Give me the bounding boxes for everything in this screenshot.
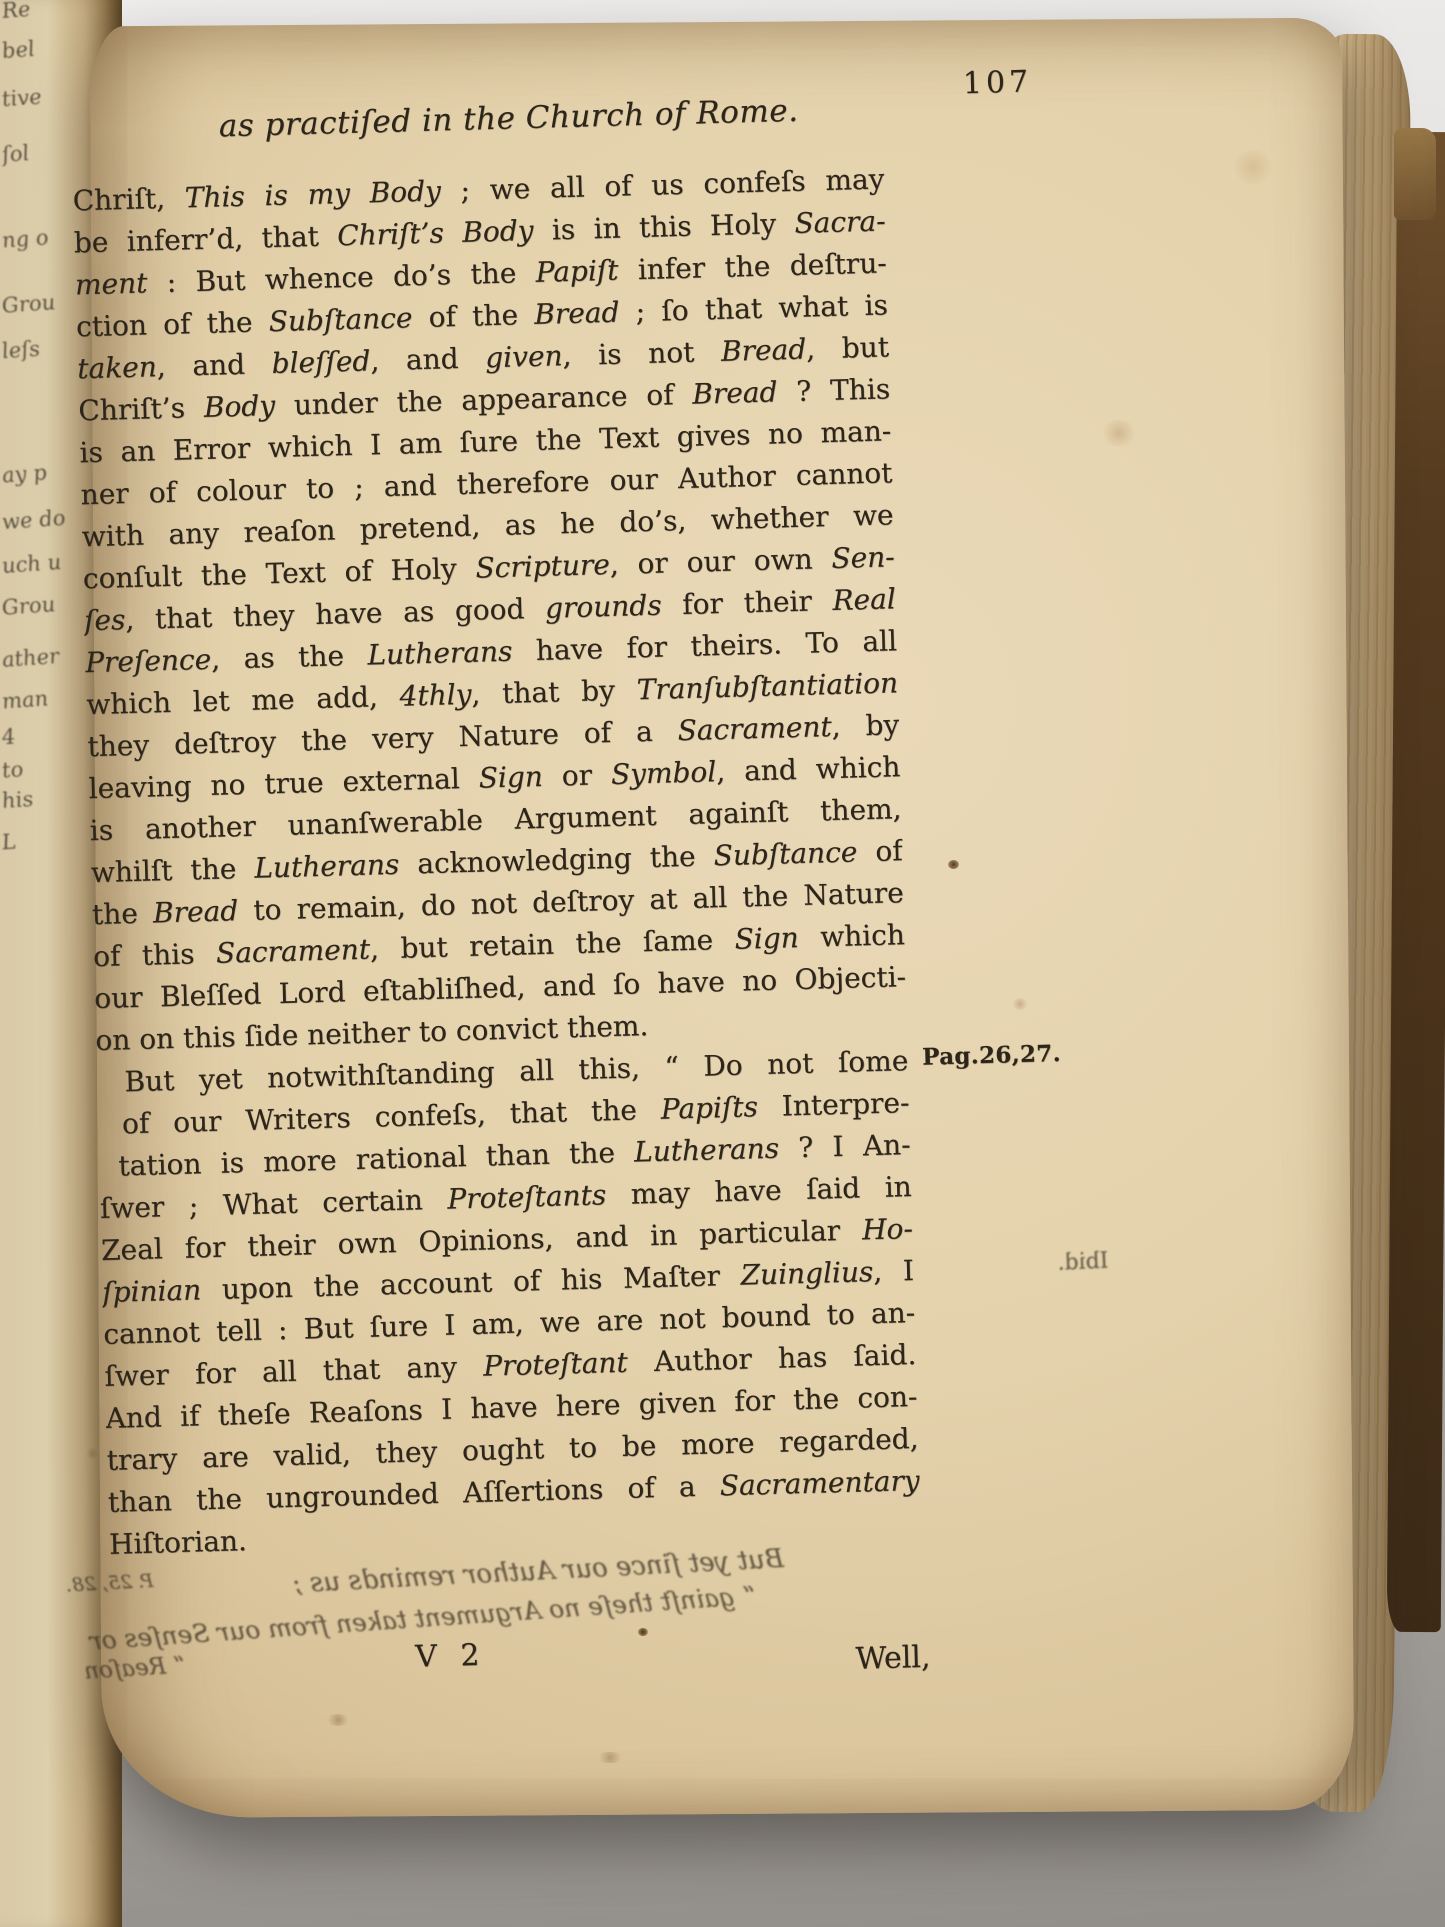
roman-text: , is not: [562, 335, 721, 372]
signature-mark: V 2: [415, 1638, 487, 1675]
roman-text: ſwer for all that any: [104, 1350, 484, 1393]
foxing-spot: [638, 1628, 648, 1636]
facing-page-text-fragment: ſol: [0, 141, 31, 167]
italic-text: Sen-: [831, 540, 895, 575]
roman-text: ; ſo that what is: [619, 288, 888, 328]
roman-text: ſwer ; What certain: [100, 1183, 448, 1225]
italic-text: Scripture: [475, 548, 610, 585]
roman-text: ? I An-: [779, 1128, 911, 1165]
roman-text: ction of the: [76, 305, 270, 343]
facing-page-text-fragment: man: [0, 687, 50, 714]
italic-text: Sacra-: [794, 204, 886, 239]
margin-note-bleedthrough: Ibid.: [1057, 1248, 1109, 1275]
italic-text: 4thly: [399, 678, 472, 713]
roman-text: Chriſt,: [72, 181, 185, 217]
book-cover-edge: [1387, 132, 1445, 1632]
italic-text: ment: [75, 266, 148, 301]
italic-text: Symbol: [611, 755, 717, 791]
roman-text: of this: [93, 937, 217, 973]
roman-text: , or our own: [609, 542, 831, 581]
italic-text: Tranſubſtantiation: [636, 666, 898, 706]
italic-text: taken: [77, 350, 157, 385]
italic-text: Proteſtant: [483, 1346, 628, 1383]
italic-text: Sacramentary: [719, 1464, 920, 1502]
italic-text: Preſence: [85, 643, 212, 679]
roman-text: which: [798, 918, 905, 954]
italic-text: Sign: [478, 760, 543, 795]
body-text: Chriſt, This is my Body ; we all of us c…: [72, 158, 921, 1565]
roman-text: , and: [370, 341, 486, 377]
italic-text: Subſtance: [268, 301, 413, 338]
facing-page-text-fragment: leſs: [0, 337, 42, 363]
roman-text: , that they have as good: [125, 592, 546, 636]
italic-text: Papiſt: [535, 254, 619, 289]
roman-text: , but retain the ſame: [370, 923, 735, 966]
roman-text: , but: [806, 330, 890, 365]
roman-text: ? This: [777, 372, 891, 408]
page-number: 107: [962, 64, 1032, 101]
roman-text: conſult the Text of Holy: [82, 552, 475, 596]
italic-text: Chriſt’s Body: [337, 214, 534, 252]
roman-text: may have ſaid in: [606, 1170, 912, 1211]
roman-text: have for theirs. To all: [512, 624, 897, 667]
facing-page-text-fragment: his: [0, 787, 35, 813]
facing-page-text-fragment: Grou: [0, 592, 57, 619]
roman-text: Interpre-: [757, 1086, 909, 1123]
italic-text: Lutherans: [634, 1132, 780, 1169]
roman-text: acknowledging the: [399, 839, 714, 880]
italic-text: Sacrament: [677, 710, 832, 747]
roman-text: , that by: [471, 673, 637, 710]
foxing-spot: [326, 1714, 350, 1726]
roman-text: Hiſtorian.: [109, 1524, 248, 1561]
italic-text: Real: [832, 582, 896, 617]
facing-page-text-fragment: L: [0, 830, 18, 855]
italic-text: Papiſts: [660, 1090, 758, 1126]
italic-text: Body: [203, 389, 275, 424]
italic-text: This is my Body: [184, 174, 441, 214]
italic-text: Zuinglius: [740, 1255, 874, 1292]
italic-text: Lutherans: [367, 635, 513, 672]
roman-text: the: [92, 896, 154, 931]
italic-text: ſpinian: [102, 1273, 202, 1309]
foxing-spot: [1100, 420, 1138, 446]
roman-text: , and: [156, 347, 272, 383]
italic-text: Ho-: [862, 1212, 914, 1246]
roman-text: , I: [873, 1254, 915, 1288]
catchword: Well,: [770, 1640, 931, 1679]
facing-page-text-fragment: bel: [0, 37, 36, 63]
italic-text: Lutherans: [254, 848, 400, 885]
roman-text: ; we all of us confeſs may: [440, 162, 884, 207]
roman-text: : But whence do’s the: [147, 256, 536, 299]
printed-text-layer: as practiſed in the Church of Rome. 107 …: [38, 59, 1125, 1826]
foxing-spot: [86, 1448, 99, 1459]
roman-text: which let me add,: [86, 680, 400, 721]
bleedthrough-line: “ Reaſon: [84, 1652, 186, 1684]
roman-text: , by: [831, 708, 899, 743]
bleedthrough-margin-note: P. 25, 28.: [66, 1570, 155, 1597]
italic-text: bleſſed: [271, 344, 371, 380]
roman-text: , as the: [211, 639, 368, 676]
roman-text: for their: [661, 584, 833, 622]
roman-text: is in this Holy: [533, 207, 795, 247]
roman-text: whilſt the: [90, 852, 254, 889]
roman-text: Chriſt’s: [78, 391, 204, 427]
italic-text: Subſtance: [713, 835, 858, 872]
roman-text: infer the deſtru-: [618, 246, 887, 286]
facing-page-text-fragment: to: [0, 757, 25, 782]
facing-page-text-fragment: 4: [0, 725, 17, 750]
roman-text: , and which: [716, 750, 901, 788]
roman-text: or: [542, 758, 611, 793]
roman-text: Author has ſaid.: [627, 1338, 916, 1379]
italic-text: Bread: [721, 333, 807, 368]
italic-text: Sign: [734, 921, 799, 956]
roman-text: be inferr’d, that: [73, 219, 337, 259]
roman-text: leaving no true external: [88, 762, 479, 806]
italic-text: ſes: [84, 603, 126, 637]
foxing-spot: [1230, 150, 1276, 184]
facing-page-text-fragment: Re: [0, 0, 32, 23]
italic-text: Bread: [153, 894, 239, 929]
facing-page-text-fragment: ather: [0, 644, 61, 672]
running-header: as practiſed in the Church of Rome.: [188, 92, 829, 145]
margin-note: Pag.26,27.: [922, 1040, 1061, 1071]
roman-text: under the appearance of: [275, 378, 693, 422]
italic-text: Sacrament: [216, 933, 371, 970]
italic-text: given: [485, 339, 563, 374]
roman-text: of the: [412, 298, 535, 334]
italic-text: Bread: [534, 296, 620, 331]
roman-text: of: [857, 834, 903, 868]
book-cover-torn-corner: [1394, 128, 1436, 220]
italic-text: Proteſtants: [447, 1178, 607, 1215]
italic-text: Bread: [692, 375, 778, 410]
italic-text: grounds: [545, 589, 662, 625]
facing-page-text-fragment: ay p: [0, 461, 48, 488]
book-photograph: Rebeltiveſolng oGrouleſsay pwe douch uGr…: [0, 0, 1445, 1927]
foxing-spot: [1012, 998, 1028, 1010]
foxing-spot: [596, 1752, 624, 1763]
foxing-spot: [948, 860, 959, 869]
